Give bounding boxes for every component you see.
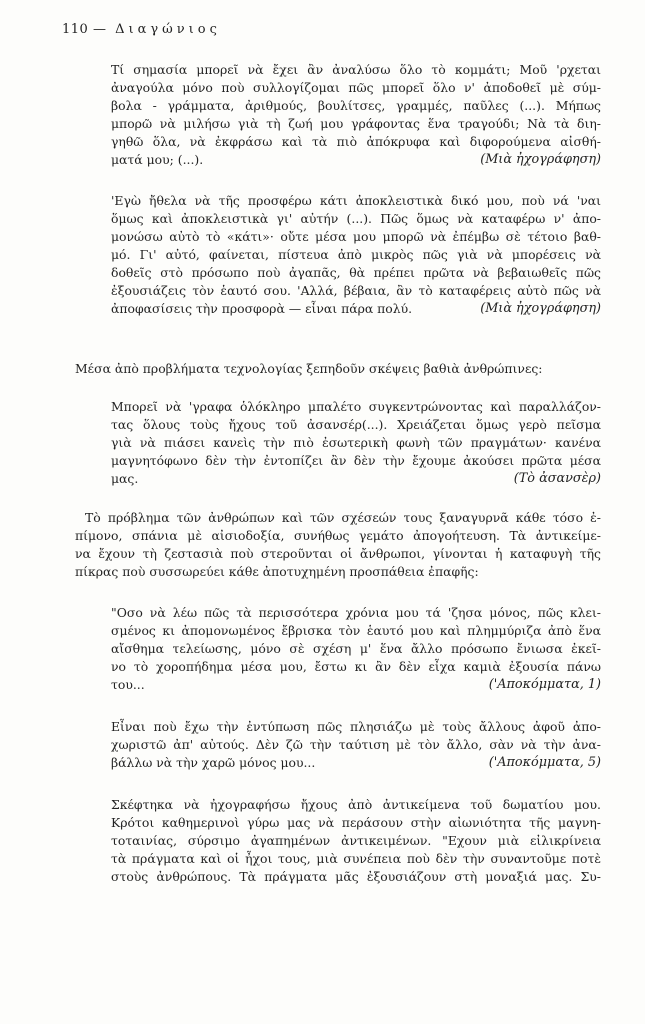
quote-source: (Μιὰ ἠχογράφηση) [480,301,601,316]
text-line: δοθεῖς στὸ πρόσωπο ποὺ ἀγαπᾶς, θὰ πρέπει… [111,265,601,281]
text-line: Σκέφτηκα νὰ ἠχογραφήσω ἤχους ἀπὸ ἀντικεί… [111,797,601,813]
text-line: Εἶναι ποὺ ἔχω τὴν ἐντύπωση πῶς πλησιάζω … [111,719,601,735]
text-line: πίκρας ποὺ συσσωρεύει κάθε ἀποτυχημένη π… [75,564,601,580]
text-line: χωριστῶ ἀπ' αὐτούς. Δὲν ζῶ τὴν ταύτιση μ… [111,737,601,753]
text-line: γιὰ νὰ πιάσει κανεὶς τὴν πιὸ ἐσωτερικὴ φ… [111,435,601,451]
text-line: τας ὅλους τοὺς ἤχους τοῦ ἀσανσέρ(...). Χ… [111,417,601,433]
text-line: αἴσθημα τελείωσης, μόνο σὲ σχέση μ' ἕνα … [111,641,601,657]
text-line: 'Εγὼ ἤθελα νὰ τῆς προσφέρω κάτι ἀποκλεισ… [111,193,601,209]
quote-source: ('Αποκόμματα, 5) [489,755,601,770]
text-line: να ἔχουν τὴ ζεστασιὰ ποὺ στεροῦνται οἱ ἄ… [75,546,601,562]
text-line: τὰ πράγματα καὶ οἱ ἦχοι τους, μιὰ συνέπε… [111,851,601,867]
text-line: τοταινίας, σύρσιμο ἀγαπημένων ἀντικειμέν… [111,833,601,849]
text-line: ἀναγούλα μόνο ποὺ συλλογίζομαι πῶς μπορε… [111,80,601,96]
text-line: στοὺς ἀνθρώπους. Τὰ πράγματα μᾶς ἐξουσιά… [111,869,601,885]
header-dash: — [93,22,107,37]
text-line: πίμονο, σπάνια μὲ αἰσιοδοξία, συνήθως γε… [75,528,601,544]
text-line: Τί σημασία μπορεῖ νὰ ἔχει ἂν ἀναλύσω ὅλο… [111,62,601,78]
text-line: μαγνητόφωνο δὲν τὴν ἐντοπίζει ἂν δὲν τὴν… [111,453,601,469]
text-line: "Οσο νὰ λέω πῶς τὰ περισσότερα χρόνια μο… [111,605,601,621]
quote-source: (Μιὰ ἠχογράφηση) [480,152,601,167]
text-line: ὅμως καὶ ἀποκλειστικὰ γι' αὐτήν (...). Π… [111,211,601,227]
text-line: Μέσα ἀπὸ προβλήματα τεχνολογίας ξεπηδοῦν… [75,361,601,377]
text-line: Τὸ πρόβλημα τῶν ἀνθρώπων καὶ τῶν σχέσεών… [85,510,601,526]
text-line: γηθῶ ὅλα, νὰ ἐκφράσω καὶ τὰ πιὸ ἀπόκρυφα… [111,134,601,150]
running-title: Διαγώνιος [115,22,221,37]
text-line: Κρότοι καθημερινοὶ γύρω μας νὰ περάσουν … [111,815,601,831]
text-line: μπορῶ νὰ μιλήσω γιὰ τὴ ζωή μου γράφοντας… [111,116,601,132]
text-line: νο τὸ χοροπήδημα μέσα μου, ἔστω κι ἂν δὲ… [111,659,601,675]
text-line: Μπορεῖ νὰ 'γραφα ὁλόκληρο μπαλέτο συγκεν… [111,399,601,415]
text-line: μό. Γι' αὐτό, φαίνεται, πίστευα ἀπὸ μικρ… [111,247,601,263]
text-line: μονώσω αὐτὸ τὸ «κάτι»· οὔτε μέσα μου μπο… [111,229,601,245]
text-line: βολα - γράμματα, ἀριθμούς, βουλίτσες, γρ… [111,98,601,114]
quote-source: ('Αποκόμματα, 1) [489,677,601,692]
page-number: 110 [62,22,88,37]
text-line: σμένος κι ἀπομονωμένος ἔβρισκα τὸν ἑαυτό… [111,623,601,639]
quote-source: (Τὸ ἀσανσὲρ) [514,471,601,486]
page-header: 110 — Διαγώνιος [62,22,221,37]
text-line: ἐξουσιάζεις τὸν ἑαυτό σου. 'Αλλά, βέβαια… [111,283,601,299]
